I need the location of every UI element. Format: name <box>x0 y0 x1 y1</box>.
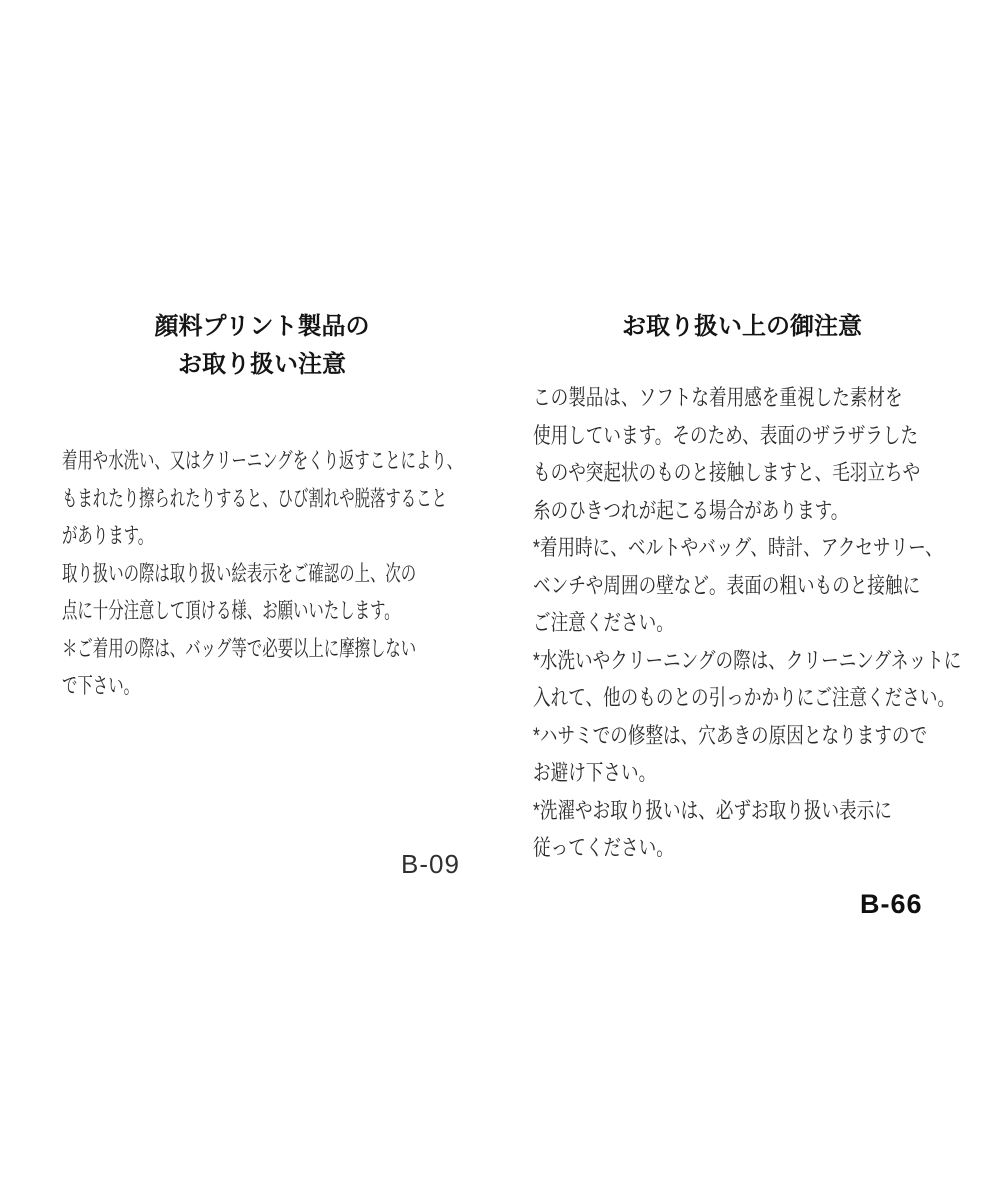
left-title-line-2: お取り扱い注意 <box>62 346 462 384</box>
body-text-line: 入れて、他のものとの引っかかりにご注意ください。 <box>533 679 1000 717</box>
body-text-line: *洗濯やお取り扱いは、必ずお取り扱い表示に <box>533 792 1000 830</box>
right-label-title: お取り扱い上の御注意 <box>533 308 951 346</box>
body-text-line: ものや突起状のものと接触しますと、毛羽立ちや <box>533 454 1000 492</box>
body-text-line: 従ってください。 <box>533 829 1000 867</box>
body-text-line: *水洗いやクリーニングの際は、クリーニングネットに <box>533 642 1000 680</box>
left-label-code: B-09 <box>401 849 460 880</box>
body-text-line: 糸のひきつれが起こる場合があります。 <box>533 492 1000 530</box>
body-text-line: *着用時に、ベルトやバッグ、時計、アクセサリー、 <box>533 529 1000 567</box>
body-text-line: 使用しています。そのため、表面のザラザラした <box>533 417 1000 455</box>
body-text-line: ご注意ください。 <box>533 604 1000 642</box>
body-text-line: *ハサミでの修整は、穴あきの原因となりますので <box>533 717 1000 755</box>
left-title-line-1: 顔料プリント製品の <box>62 308 462 346</box>
body-text-line: この製品は、ソフトな着用感を重視した素材を <box>533 379 1000 417</box>
right-label-code: B-66 <box>860 889 923 920</box>
body-text-line: お避け下さい。 <box>533 754 1000 792</box>
left-label-title: 顔料プリント製品の お取り扱い注意 <box>62 308 462 384</box>
right-title-line-1: お取り扱い上の御注意 <box>533 308 951 346</box>
right-label-body: この製品は、ソフトな着用感を重視した素材を 使用しています。そのため、表面のザラ… <box>533 379 1000 867</box>
care-label-document: 顔料プリント製品の お取り扱い注意 着用や水洗い、又はクリーニングをくり返すこと… <box>0 0 1000 1200</box>
body-text-line: ベンチや周囲の壁など。表面の粗いものと接触に <box>533 567 1000 605</box>
